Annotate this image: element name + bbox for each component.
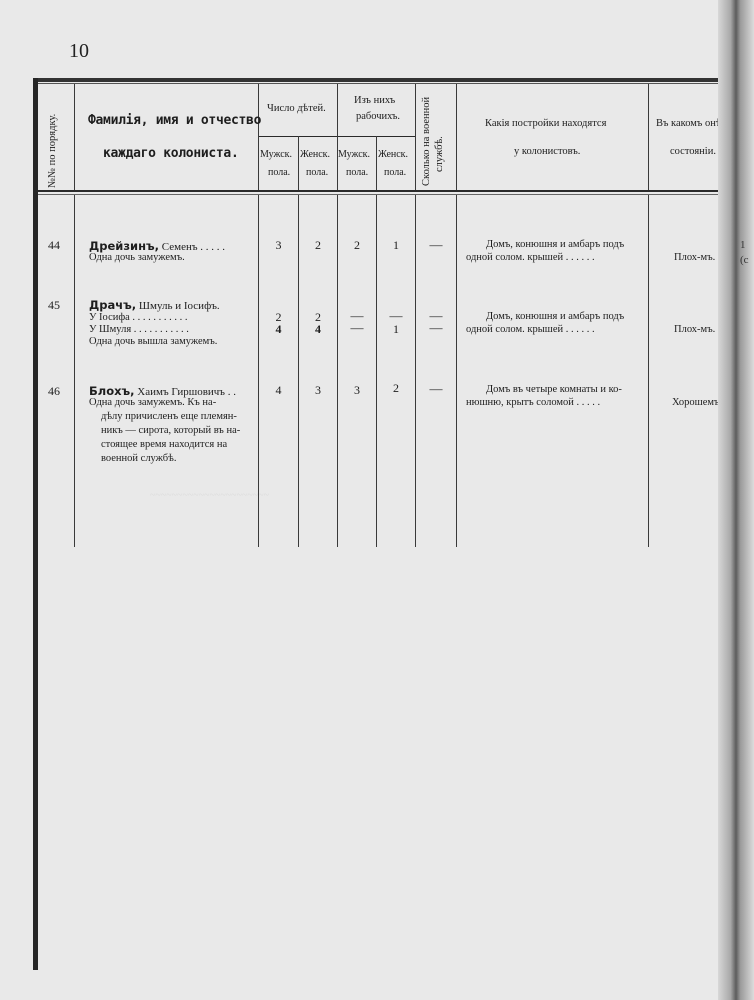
buildings-line1: Домъ, конюшня и амбаръ подъ: [486, 310, 624, 324]
table-left-border: [33, 78, 38, 970]
header-name-line1: Фамилія, имя и отчество: [88, 113, 261, 128]
table-top-border: [33, 78, 754, 82]
header-workers-line2: рабочихъ.: [356, 111, 400, 122]
header-workers-male-l2: пола.: [346, 167, 368, 178]
children-male: 4: [259, 322, 298, 337]
fragment-line: 1: [740, 238, 749, 253]
row-note: военной службѣ.: [101, 452, 176, 466]
surname: Драчъ,: [89, 298, 136, 312]
col-line-mil: [456, 195, 457, 547]
next-page-fragment: 1 (с: [740, 238, 749, 268]
table-top-border-inner: [38, 83, 754, 84]
header-buildings-line1: Какія постройки находятся: [485, 118, 606, 129]
condition: Плох-мъ.: [674, 323, 715, 337]
page-number: 10: [69, 40, 89, 63]
header-condition-line1: Въ какомъ онѣ: [656, 118, 722, 129]
book-spine-shadow: [718, 0, 754, 1000]
military-service: —: [416, 320, 456, 336]
row-note: Одна дочь вышла замужемъ.: [89, 335, 217, 349]
military-service: —: [416, 237, 456, 253]
header-workers-male-l1: Мужск.: [338, 149, 370, 160]
header-bottom-border: [38, 190, 754, 192]
header-military-l1: Сколько на военной: [421, 97, 432, 186]
workers-male: 3: [338, 383, 376, 398]
row-note: дѣлу причисленъ еще племян-: [101, 410, 237, 424]
row-note: Одна дочь замужемъ. Къ на-: [89, 396, 216, 410]
col-line-no: [74, 195, 75, 547]
header-condition-line2: состояніи.: [670, 146, 716, 157]
buildings-line1: Домъ въ четыре комнаты и ко-: [486, 383, 622, 397]
workers-female: 1: [377, 322, 415, 337]
workers-male: —: [338, 320, 376, 336]
colonist-name: Драчъ, Шмуль и Іосифъ.: [89, 298, 220, 312]
row-note: Одна дочь замужемъ.: [89, 251, 185, 265]
row-note: никъ — сирота, который въ на-: [101, 424, 240, 438]
col-divider-wf: [415, 84, 416, 190]
bleed-through-text: ~~~~~~~~~~~~~~~~~~~~~~: [150, 490, 269, 501]
children-female: 3: [299, 383, 337, 398]
col-divider-cm: [298, 136, 299, 190]
header-name-line2: каждаго колониста.: [103, 146, 238, 161]
buildings-line2: одной солом. крышей . . . . . .: [466, 251, 595, 265]
header-bottom-border-inner: [38, 194, 754, 195]
col-divider-name: [258, 84, 259, 190]
buildings-line2: нюшню, крытъ соломой . . . . .: [466, 396, 600, 410]
header-workers-female-l2: пола.: [384, 167, 406, 178]
children-female: 2: [299, 238, 337, 253]
header-workers-female-l1: Женск.: [378, 149, 408, 160]
header-children-female-l2: пола.: [306, 167, 328, 178]
condition: Хорошемъ.: [672, 396, 722, 410]
fragment-line: (с: [740, 253, 749, 268]
row-note: стоящее время находится на: [101, 438, 227, 452]
header-no: №№ по порядку.: [47, 114, 58, 188]
header-workers-line1: Изъ нихъ: [354, 95, 395, 106]
condition: Плох-мъ.: [674, 251, 715, 265]
children-female: 4: [299, 322, 337, 337]
header-military-l2: службѣ.: [434, 136, 445, 172]
workers-female: 1: [377, 238, 415, 253]
buildings-line1: Домъ, конюшня и амбаръ подъ: [486, 238, 624, 252]
row-number: 46: [48, 384, 60, 399]
col-divider-no: [74, 84, 75, 190]
workers-female: 2: [377, 381, 415, 396]
military-service: —: [416, 381, 456, 397]
buildings-line2: одной солом. крышей . . . . . .: [466, 323, 595, 337]
header-children-male-l1: Мужск.: [260, 149, 292, 160]
row-number: 45: [48, 298, 60, 313]
col-divider-mil: [456, 84, 457, 190]
header-children: Число дѣтей.: [267, 103, 326, 114]
header-children-male-l2: пола.: [268, 167, 290, 178]
row-number: 44: [48, 238, 60, 253]
col-divider-wm: [376, 136, 377, 190]
children-male: 4: [259, 383, 298, 398]
col-line-build: [648, 195, 649, 547]
header-buildings-line2: у колонистовъ.: [514, 146, 580, 157]
children-male: 3: [259, 238, 298, 253]
col-divider-cf: [337, 84, 338, 190]
col-divider-build: [648, 84, 649, 190]
workers-male: 2: [338, 238, 376, 253]
header-children-female-l1: Женск.: [300, 149, 330, 160]
